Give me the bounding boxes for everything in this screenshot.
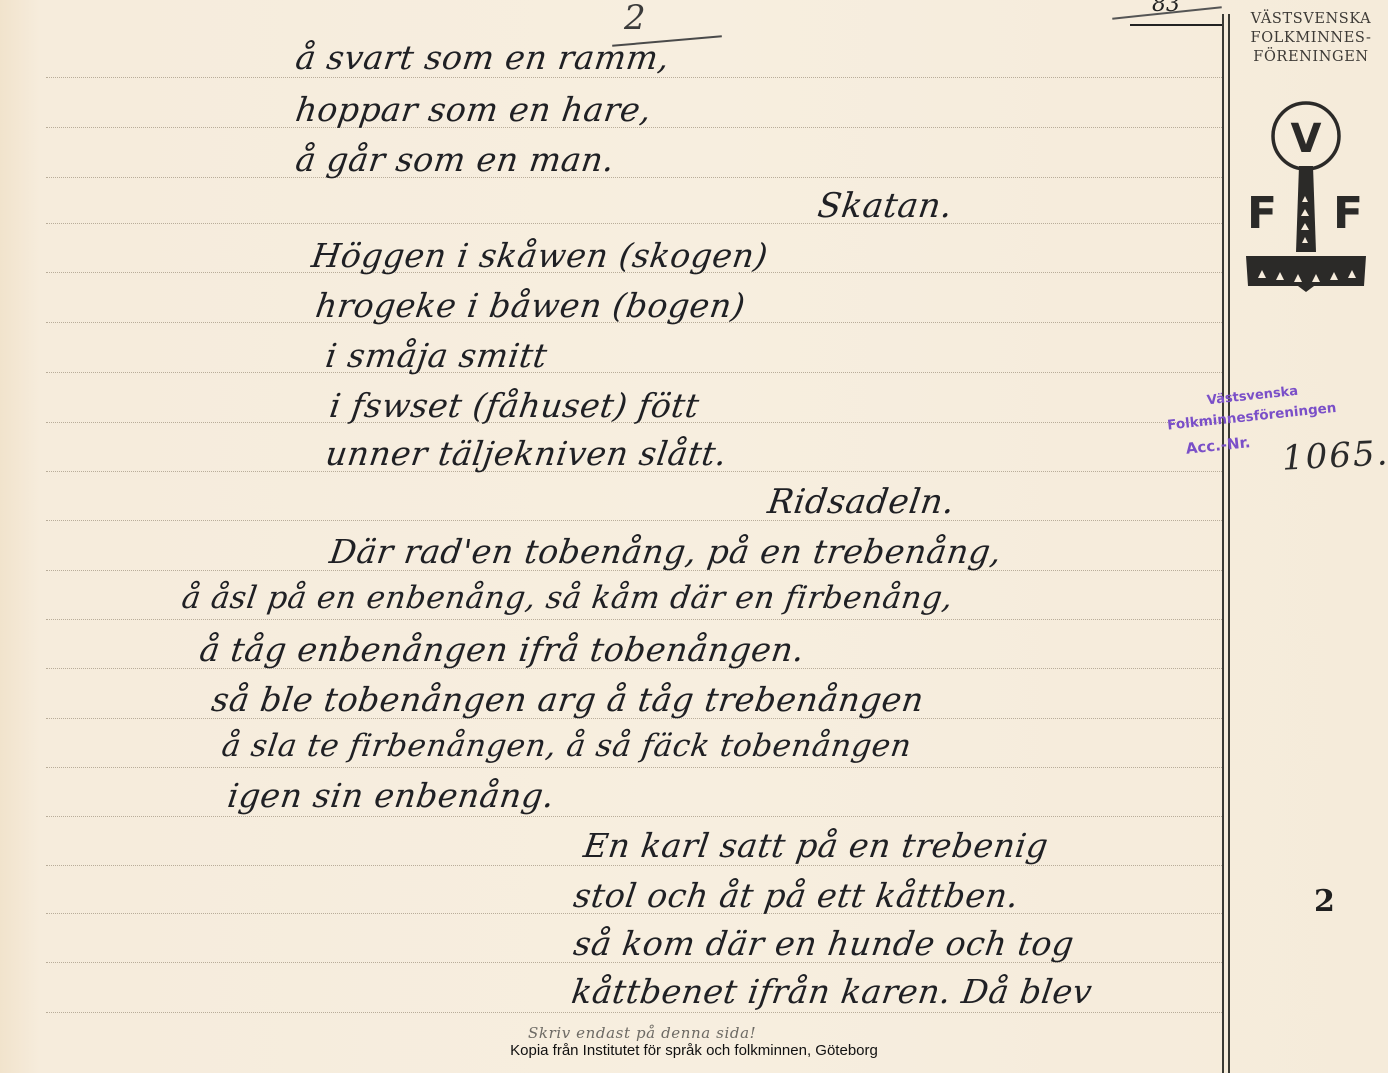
ruled-line: [46, 223, 1222, 224]
page-number-top: 2: [624, 0, 646, 38]
letterhead-line: VÄSTSVENSKA: [1236, 10, 1386, 29]
handwritten-line: hrogeke i båwen (bogen): [313, 286, 748, 325]
logo-letter-f-left: F: [1247, 188, 1277, 239]
ruled-line: [46, 77, 1222, 78]
archive-underline: [1130, 24, 1222, 26]
ruled-line: [46, 865, 1222, 866]
ruled-line: [46, 372, 1222, 373]
archive-page-number: 83: [1152, 0, 1180, 17]
handwritten-line: kåttbenet ifrån karen. Då blev: [569, 972, 1095, 1011]
ruled-line: [46, 177, 1222, 178]
letterhead: VÄSTSVENSKA FOLKMINNES- FÖRENINGEN: [1236, 10, 1386, 67]
ruled-line: [46, 767, 1222, 768]
handwritten-line: så ble tobenången arg å tåg trebenången: [209, 680, 926, 719]
side-page-number: 2: [1314, 884, 1335, 919]
handwritten-line: i småja smitt: [323, 336, 550, 375]
accession-stamp: Västsvenska Folkminnesföreningen Acc.-Nr…: [1162, 373, 1361, 394]
handwritten-line: igen sin enbenång.: [225, 776, 557, 815]
letterhead-line: FOLKMINNES-: [1236, 29, 1386, 48]
handwritten-line: stol och åt på ett kåttben.: [571, 876, 1021, 915]
margin-line: [1222, 14, 1224, 1073]
handwritten-line: En karl satt på en trebenig: [581, 826, 1051, 865]
vff-hammer-logo-icon: V F F: [1244, 92, 1370, 292]
handwritten-line: å sla te firbenången, å så fäck tobenång…: [219, 728, 913, 764]
handwritten-line: å svart som en ramm,: [293, 38, 672, 77]
letterhead-line: FÖRENINGEN: [1236, 48, 1386, 67]
handwritten-line: hoppar som en hare,: [293, 90, 654, 129]
handwritten-line: å går som en man.: [293, 140, 617, 179]
ruled-line: [46, 1012, 1222, 1013]
ruled-line: [46, 619, 1222, 620]
handwritten-line: å åsl på en enbenång, så kåm där en firb…: [179, 580, 955, 616]
handwritten-line: Höggen i skåwen (skogen): [309, 236, 770, 275]
riddle-answer: Ridsadeln.: [765, 482, 957, 522]
stamp-line-2: Folkminnesföreningen: [1166, 400, 1337, 434]
margin-line: [1228, 14, 1230, 1073]
stamp-line-3: Acc.-Nr.: [1185, 433, 1251, 458]
handwritten-line: så kom där en hunde och tog: [571, 924, 1076, 963]
ruled-line: [46, 520, 1222, 521]
footer-credit: Kopia från Institutet för språk och folk…: [0, 1042, 1388, 1059]
handwritten-line: Där rad'en tobenång, på en trebenång,: [327, 532, 1004, 571]
handwritten-line: i fswset (fåhuset) fött: [327, 386, 702, 425]
accession-number: 1065.: [1281, 433, 1388, 479]
logo-letter-v: V: [1291, 116, 1322, 162]
logo-letter-f-right: F: [1333, 188, 1363, 239]
footer-instruction: Skriv endast på denna sida!: [528, 1024, 756, 1042]
manuscript-page: 2 83 VÄSTSVENSKA FOLKMINNES- FÖRENINGEN …: [0, 0, 1388, 1073]
ruled-line: [46, 816, 1222, 817]
handwritten-line: unner täljekniven slått.: [323, 434, 729, 473]
riddle-answer: Skatan.: [815, 186, 955, 226]
handwritten-line: å tåg enbenången ifrå tobenången.: [197, 630, 807, 669]
